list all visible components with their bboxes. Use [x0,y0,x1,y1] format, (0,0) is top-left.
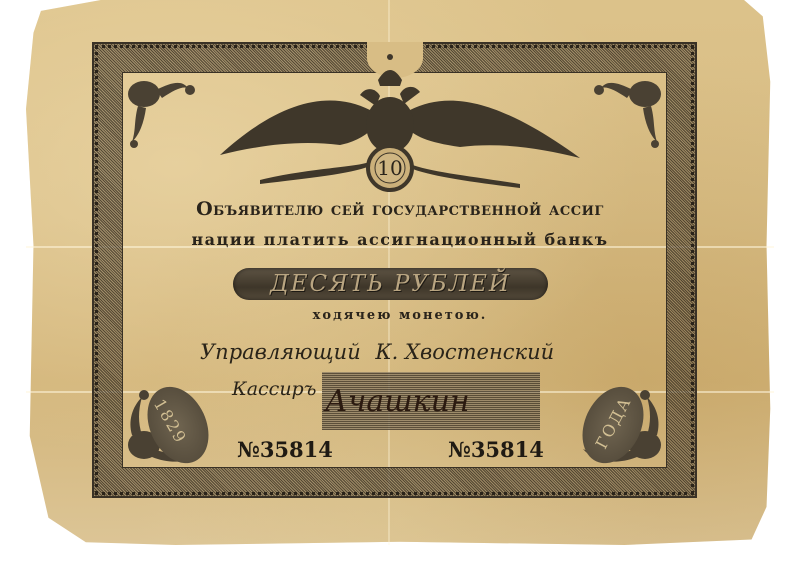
text-line-2: нации платить ассигнационный банкъ [130,230,670,249]
text-line-1: Объявителю сей государственной ассиг [130,198,670,220]
manager-label: Управляющий К. Хвостенский [200,340,554,364]
denomination-words: ДЕСЯТЬ РУБЛЕЙ [233,268,548,300]
serial-number-right: №35814 [448,437,544,462]
cashier-signature: Ачашкин [325,384,470,419]
corner-ornament-icon [587,72,667,152]
denomination-numeral: 10 [372,156,408,180]
text-line-3: ходячею монетою. [130,308,670,323]
corner-ornament-icon [122,72,202,152]
serial-number-left: №35814 [237,437,333,462]
cashier-label: Кассиръ [232,378,316,400]
manager-signature: К. Хвостенский [375,340,554,364]
manager-label-text: Управляющий [200,340,361,364]
